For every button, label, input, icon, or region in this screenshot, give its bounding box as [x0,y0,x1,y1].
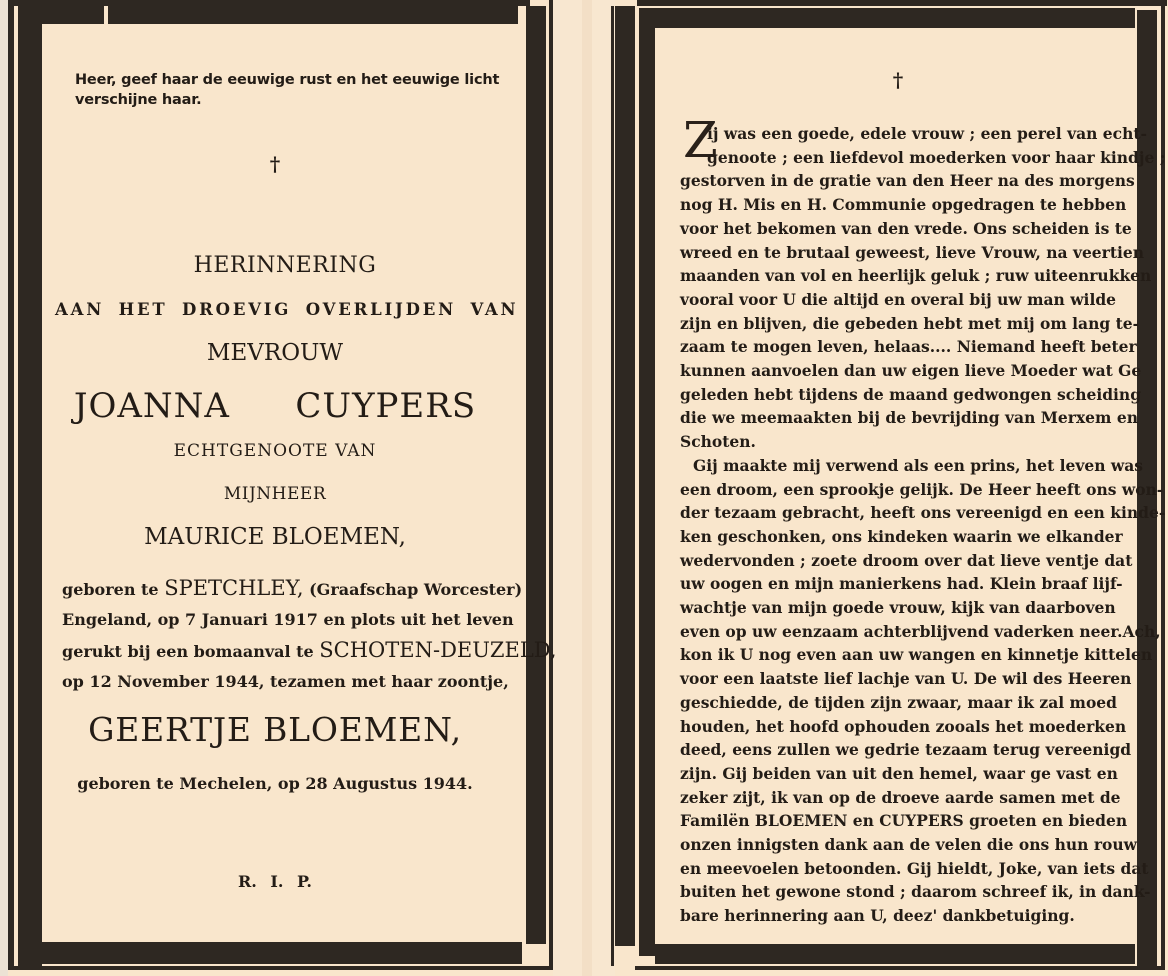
text-line: voor een laatste lief lachje van U. De w… [680,667,1090,691]
text-line: genoote ; een liefdevol moederken voor h… [707,146,1110,170]
text-line: houden, het hoofd ophouden zooals het mo… [680,715,1090,739]
tribute-text-body: gestorven in de gratie van den Heer na d… [680,169,1090,928]
subheading: AAN HET DROEVIG OVERLIJDEN VAN [55,300,515,319]
cross-icon: † [878,68,918,92]
child-birth: geboren te Mechelen, op 28 Augustus 1944… [60,774,490,793]
border-left-thin [611,6,614,966]
text-line: kunnen aanvoelen dan uw eigen lieve Moed… [680,359,1090,383]
text-line: buiten het gewone stond ; daarom schreef… [680,880,1090,904]
text-line: vooral voor U die altijd en overal bij u… [680,288,1090,312]
text-line: zaam te mogen leven, helaas.... Niemand … [680,335,1090,359]
text-line: een droom, een sprookje gelijk. De Heer … [680,478,1090,502]
text-line: onzen innigsten dank aan de velen die on… [680,833,1090,857]
text-line: kon ik U nog even aan uw wangen en kinne… [680,643,1090,667]
text-line: nog H. Mis en H. Communie opgedragen te … [680,193,1090,217]
border-bottom-thin [8,966,554,970]
bio-line: geboren te SPETCHLEY, (Graafschap Worces… [62,573,490,605]
text-line: voor het bekomen van den vrede. Ons sche… [680,217,1090,241]
text-line: geschiedde, de tijden zijn zwaar, maar i… [680,691,1090,715]
prayer-text: Heer, geef haar de eeuwige rust en het e… [75,70,515,110]
text-line: zeker zijt, ik van op de droeve aarde sa… [680,786,1090,810]
bio-line: gerukt bij een bomaanval te SCHOTEN-DEUZ… [62,635,490,667]
scan-edge [0,0,8,976]
rip-text: R. I. P. [60,872,490,891]
border-top-corner [42,6,104,24]
text-line: Schoten. [680,430,1090,454]
border-bottom-thick [42,942,522,964]
border-top-thick [655,8,1135,28]
text-line: ij was een goede, edele vrouw ; een pere… [707,122,1110,146]
border-bottom-thin [635,966,1165,970]
text-line: gestorven in de gratie van den Heer na d… [680,169,1090,193]
text-line: Familën BLOEMEN en CUYPERS groeten en bi… [680,809,1090,833]
border-bottom-thick [655,944,1135,964]
title: MEVROUW [60,340,490,366]
text-line: die we meemaakten bij de bevrijding van … [680,406,1090,430]
text-line: zijn en blijven, die gebeden hebt met mi… [680,312,1090,336]
text-line: bare herinnering aan U, deez' dankbetuig… [680,904,1090,928]
text-line: Gij maakte mij verwend als een prins, he… [693,454,1090,478]
text-line: geleden hebt tijdens de maand gedwongen … [680,383,1090,407]
bio-line: Engeland, op 7 Januari 1917 en plots uit… [62,605,490,635]
spouse-title: MIJNHEER [60,484,490,504]
text-line: wedervonden ; zoete droom over dat lieve… [680,549,1090,573]
heading: HERINNERING [60,253,510,278]
text-line: maanden van vol en heerlijk geluk ; ruw … [680,264,1090,288]
tribute-text: ij was een goede, edele vrouw ; een pere… [707,122,1110,169]
text-line: wachtje van mijn goede vrouw, kijk van d… [680,596,1090,620]
border-top-outer [637,0,1167,6]
text-line: zijn. Gij beiden van uit den hemel, waar… [680,762,1090,786]
text-line: der tezaam gebracht, heeft ons vereenigd… [680,501,1090,525]
border-top-thick [108,6,518,24]
child-name: GEERTJE BLOEMEN, [60,710,490,749]
text-line: uw oogen en mijn manierkens had. Klein b… [680,572,1090,596]
cross-icon: † [255,152,295,176]
deceased-name: JOANNA CUYPERS [60,386,490,426]
bio-line: op 12 November 1944, tezamen met haar zo… [62,667,490,697]
border-right-thick [526,6,546,944]
bio-block: geboren te SPETCHLEY, (Graafschap Worces… [62,573,492,697]
text-line: ken geschonken, ons kindeken waarin we e… [680,525,1090,549]
text-line: en meevoelen betoonden. Gij hieldt, Joke… [680,857,1090,881]
border-left-thick [615,6,635,946]
border-left-thick [18,6,42,966]
text-line: deed, eens zullen we gedrie tezaam terug… [680,738,1090,762]
border-left-inner [639,8,655,956]
fold-shadow [582,0,592,976]
text-line: even op uw eenzaam achterblijvend vaderk… [680,620,1090,644]
spouse-name: MAURICE BLOEMEN, [60,524,490,550]
border-left-thin [8,0,14,970]
spouse-label: ECHTGENOOTE VAN [60,441,490,461]
text-line: wreed en te brutaal geweest, lieve Vrouw… [680,241,1090,265]
